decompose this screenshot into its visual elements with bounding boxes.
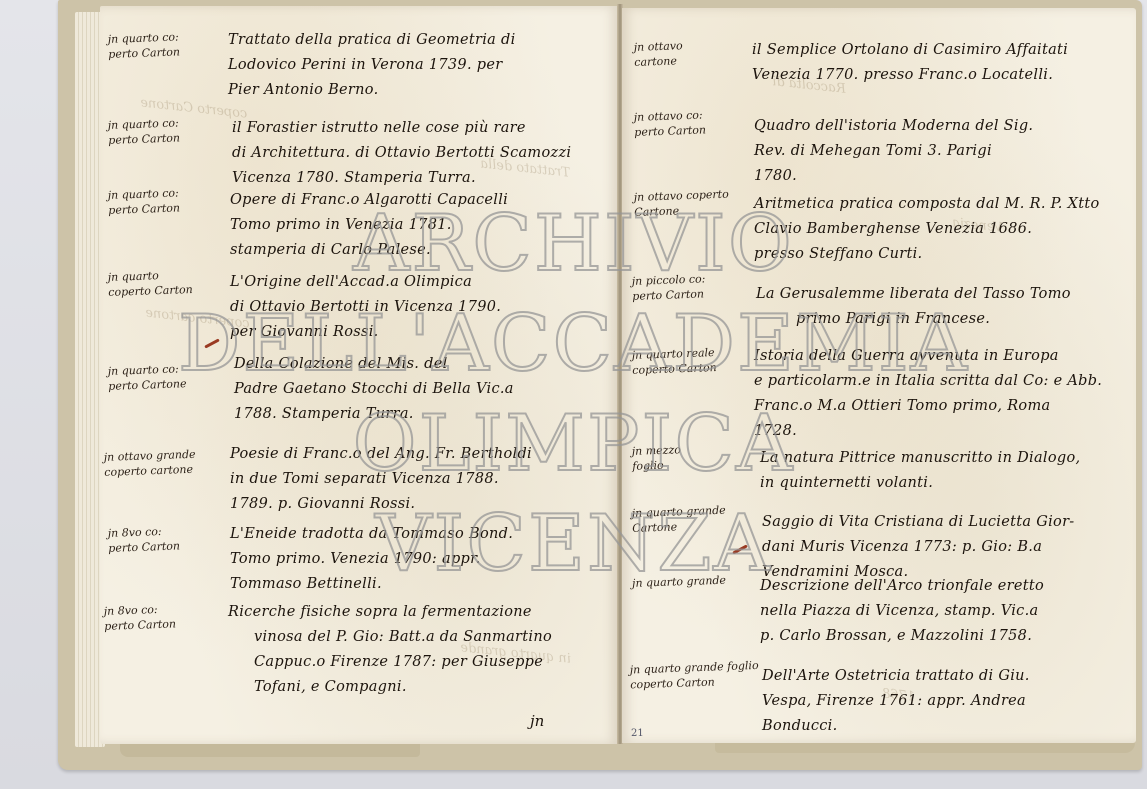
margin-format-note: jn 8vo co: perto Carton — [108, 522, 219, 556]
book-entry: Trattato della pratica di Geometria di L… — [228, 28, 516, 103]
book-entry: La natura Pittrice manuscritto in Dialog… — [760, 446, 1080, 496]
margin-format-note: jn quarto grande foglio coperto Carton — [630, 658, 771, 693]
margin-format-note: jn ottavo cartone — [634, 36, 745, 70]
book-entry: Ricerche fisiche sopra la fermentazione … — [228, 600, 552, 700]
margin-format-note: jn ottavo co: perto Carton — [634, 106, 745, 140]
margin-format-note: jn quarto grande — [632, 572, 742, 591]
right-page: Raccolta di Venezia 1768 jn ottavo carto… — [622, 8, 1136, 743]
book-entry: Poesie di Franc.o del Ang. Fr. Bertholdi… — [230, 442, 532, 517]
book-entry: Aritmetica pratica composta dal M. R. P.… — [754, 192, 1099, 267]
folio-number: 21 — [631, 728, 644, 739]
margin-format-note: jn 8vo co: perto Carton — [104, 600, 215, 634]
margin-format-note: jn quarto coperto Carton — [108, 266, 219, 300]
book-entry: il Forastier istrutto nelle cose più rar… — [232, 116, 571, 191]
red-ink-tick-mark — [732, 544, 748, 554]
margin-format-note: jn piccolo co: perto Carton — [632, 270, 743, 304]
book-entry: Descrizione dell'Arco trionfale eretto n… — [760, 574, 1044, 649]
manuscript-scan: coperto Cartone coperto cartone Trattato… — [0, 0, 1147, 789]
book-entry: Istoria della Guerra avvenuta in Europa … — [754, 344, 1102, 444]
margin-format-note: jn quarto grande Cartone — [632, 502, 743, 536]
book-entry: Opere di Franc.o Algarotti Capacelli Tom… — [230, 188, 508, 263]
margin-format-note: jn quarto co: perto Carton — [108, 184, 219, 218]
margin-format-note: jn ottavo grande coperto cartone — [104, 446, 215, 480]
book-entry: il Semplice Ortolano di Casimiro Affaita… — [752, 38, 1068, 88]
book-entry: L'Eneide tradotta da Tommaso Bond. Tomo … — [230, 522, 513, 597]
margin-format-note: jn quarto co: perto Cartone — [108, 360, 219, 394]
margin-format-note: jn quarto co: perto Carton — [108, 28, 219, 62]
book-entry: L'Origine dell'Accad.a Olimpica di Ottav… — [230, 270, 501, 345]
margin-format-note: jn quarto reale coperto Carton — [632, 344, 743, 378]
book-entry: Quadro dell'istoria Moderna del Sig. Rev… — [754, 114, 1033, 189]
margin-format-note: jn quarto co: perto Carton — [108, 114, 219, 148]
book-entry: Della Colazione del Mis. del Padre Gaeta… — [234, 352, 514, 427]
left-page: coperto Cartone coperto cartone Trattato… — [100, 6, 618, 744]
margin-format-note: jn mezzo foglio — [632, 440, 743, 474]
book-entry: La Gerusalemme liberata del Tasso Tomo p… — [756, 282, 1071, 332]
book-entry: Dell'Arte Ostetricia trattato di Giu. Ve… — [762, 664, 1030, 739]
red-ink-tick-mark — [204, 338, 220, 348]
catchword: jn — [530, 712, 544, 730]
margin-format-note: jn ottavo coperto Cartone — [634, 186, 745, 220]
